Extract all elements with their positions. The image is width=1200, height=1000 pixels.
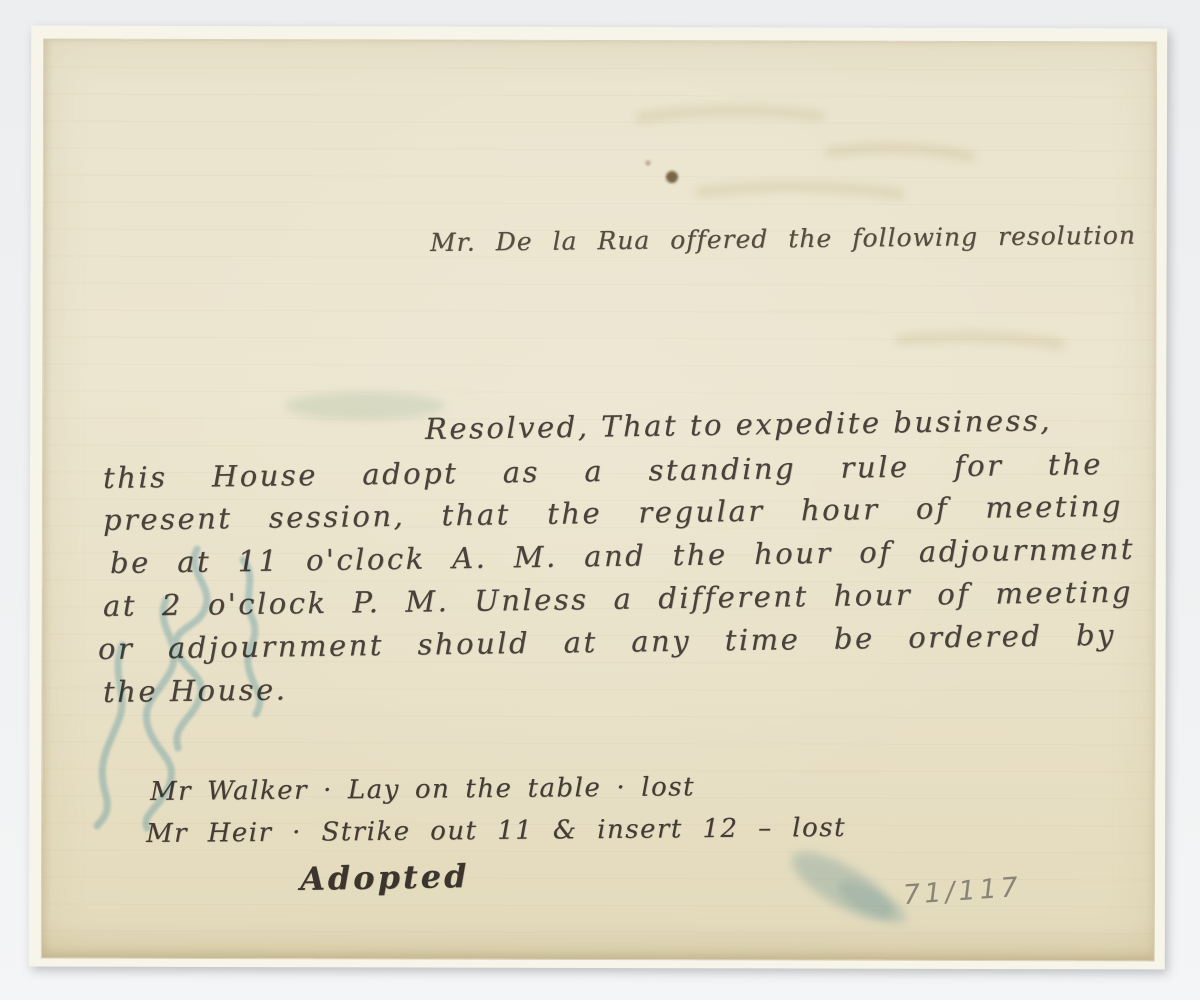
motion-note-walker: Mr Walker · Lay on the table · lost (150, 772, 695, 808)
disposition-note: Adopted (300, 857, 470, 898)
scan-background: Mr. De la Rua offered the following reso… (0, 0, 1200, 1000)
motion-note-heir: Mr Heir · Strike out 11 & insert 12 – lo… (146, 813, 846, 850)
body-line-7: the House. (103, 671, 363, 709)
